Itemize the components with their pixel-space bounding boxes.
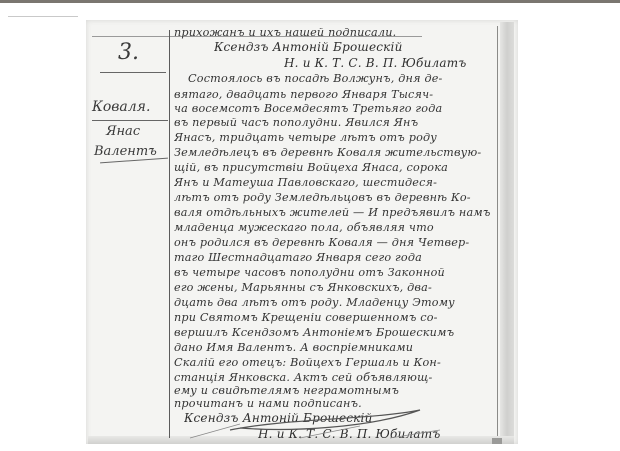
text-line: дано Имя Валентъ. А воспріемниками	[174, 341, 496, 354]
text-line: Скалій его отецъ: Войцехъ Гершаль и Кон-	[174, 356, 496, 369]
text-line: прихожанъ и ихъ нашей подписали.	[174, 26, 496, 39]
text-line: при Святомъ Крещеніи совершенномъ со-	[174, 311, 496, 324]
text-line: таго Шестнадцатаго Января сего года	[174, 251, 496, 264]
text-line: онъ родился въ деревнѣ Коваля — дня Четв…	[174, 236, 496, 249]
text-line: Н. и К. Т. С. В. П. Юбилатъ	[284, 56, 496, 70]
text-line: его жены, Марьянны съ Янковскихъ, два-	[174, 281, 496, 294]
text-line: вятаго, двадцать первого Января Тысяч-	[174, 88, 496, 101]
text-line: дцать два лѣтъ отъ роду. Младенцу Этому	[174, 296, 496, 309]
margin-given-name: Янас	[106, 124, 140, 139]
text-line: Ксендзъ Антоній Брошескій	[214, 40, 496, 54]
margin-underline	[92, 120, 168, 121]
text-line: Янасъ, тридцать четыре лѣтъ отъ роду	[174, 131, 496, 144]
text-line: младенца мужескаго пола, объявляя что	[174, 221, 496, 234]
text-line: въ четыре часовъ пополудни отъ Законной	[174, 266, 496, 279]
text-line: вершилъ Ксендзомъ Антоніемъ Брошескимъ	[174, 326, 496, 339]
text-line: въ первый часъ пополудни. Явился Янъ	[174, 116, 496, 129]
text-line: валя отдѣльныхъ жителей — И предъявилъ н…	[174, 206, 496, 219]
text-line: Янъ и Матеуша Павловскаго, шестидеся-	[174, 176, 496, 189]
page-binding-edge	[500, 22, 514, 440]
margin-rule	[169, 30, 170, 438]
text-line: лѣтъ отъ роду Земледѣльцовъ въ деревнѣ К…	[174, 191, 496, 204]
page-right-rule	[497, 26, 498, 436]
signature-flourish-icon	[170, 380, 500, 440]
record-number: 3.	[118, 40, 139, 65]
text-line: ча восемсотъ Восемдесятъ Третьяго года	[174, 102, 496, 115]
text-line: щій, въ присутствіи Войцеха Янаса, сорок…	[174, 161, 496, 174]
margin-baptismal-name: Валентъ	[94, 144, 157, 159]
scan-top-border	[0, 0, 620, 3]
text-line: Состоялось въ посадѣ Волжунъ, дня де-	[188, 72, 496, 85]
text-line: Земледѣлецъ въ деревнѣ Коваля жительству…	[174, 146, 496, 159]
margin-underline	[100, 72, 166, 73]
margin-surname: Коваля.	[92, 99, 150, 115]
scan-artifact-line	[8, 16, 78, 17]
